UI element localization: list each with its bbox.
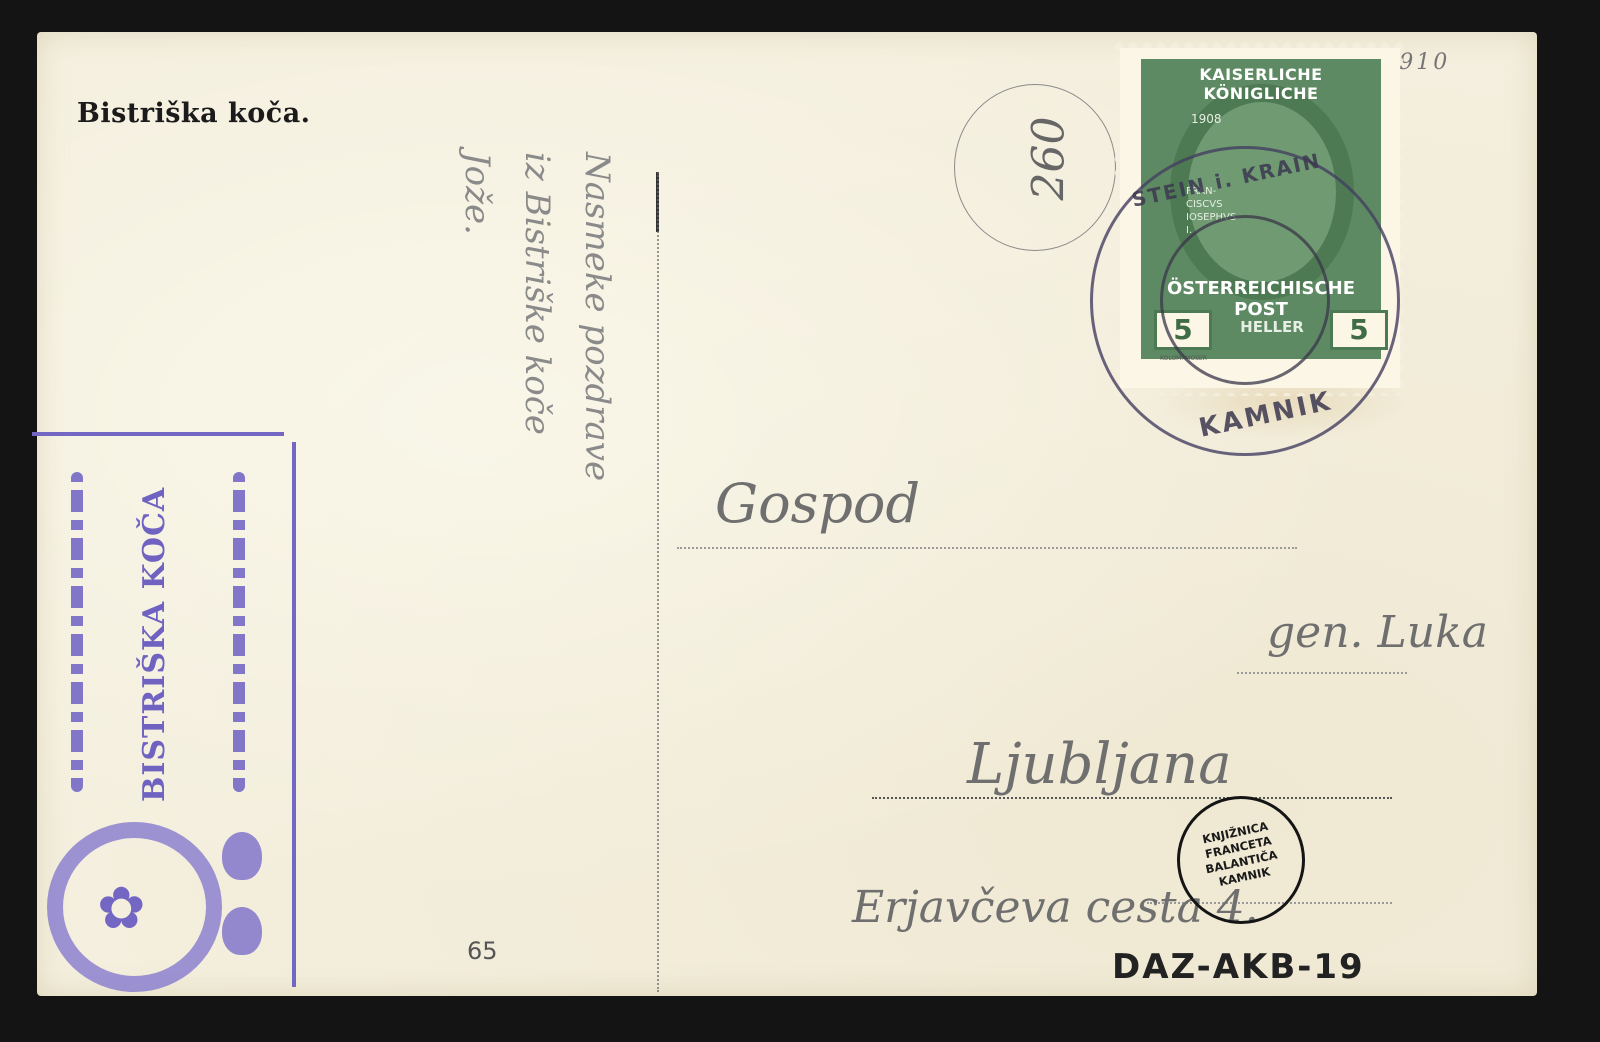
hut-stamp-border-top bbox=[32, 432, 284, 436]
message-line: iz Bistriške koče bbox=[507, 152, 567, 481]
handwritten-message: Nasmeke pozdrave iz Bistriške koče Jože. bbox=[447, 152, 627, 481]
hut-stamp-name: BISTRIŠKA KOČA bbox=[137, 487, 172, 802]
center-divider bbox=[657, 172, 659, 992]
hut-stamp-border-right bbox=[292, 442, 296, 987]
circled-number-text: 260 bbox=[1023, 117, 1074, 201]
message-line: Jože. bbox=[447, 152, 507, 481]
stamp-year: 1908 bbox=[1191, 112, 1222, 126]
address-salutation: Gospod bbox=[715, 472, 920, 535]
stamp-country-top: KAISERLICHE KÖNIGLICHE bbox=[1150, 65, 1372, 103]
postmark-ring-inner bbox=[1160, 215, 1330, 385]
catalog-signature: DAZ-AKB-19 bbox=[1112, 947, 1365, 987]
bell-icon bbox=[222, 832, 262, 880]
address-city: Ljubljana bbox=[967, 732, 1232, 797]
message-line: Nasmeke pozdrave bbox=[567, 152, 627, 481]
address-name: gen. Luka bbox=[1267, 607, 1488, 658]
bell-icon bbox=[222, 907, 262, 955]
vine-ornament-icon bbox=[71, 472, 83, 792]
address-line-1 bbox=[677, 547, 1297, 549]
vine-ornament-icon bbox=[233, 472, 245, 792]
item-number: 65 bbox=[467, 937, 498, 965]
printed-title: Bistriška koča. bbox=[77, 98, 311, 129]
circled-number: 260 bbox=[954, 84, 1116, 251]
edelweiss-icon: ✿ bbox=[97, 874, 146, 942]
address-line-3 bbox=[872, 797, 1392, 799]
address-line-2 bbox=[1237, 672, 1407, 674]
